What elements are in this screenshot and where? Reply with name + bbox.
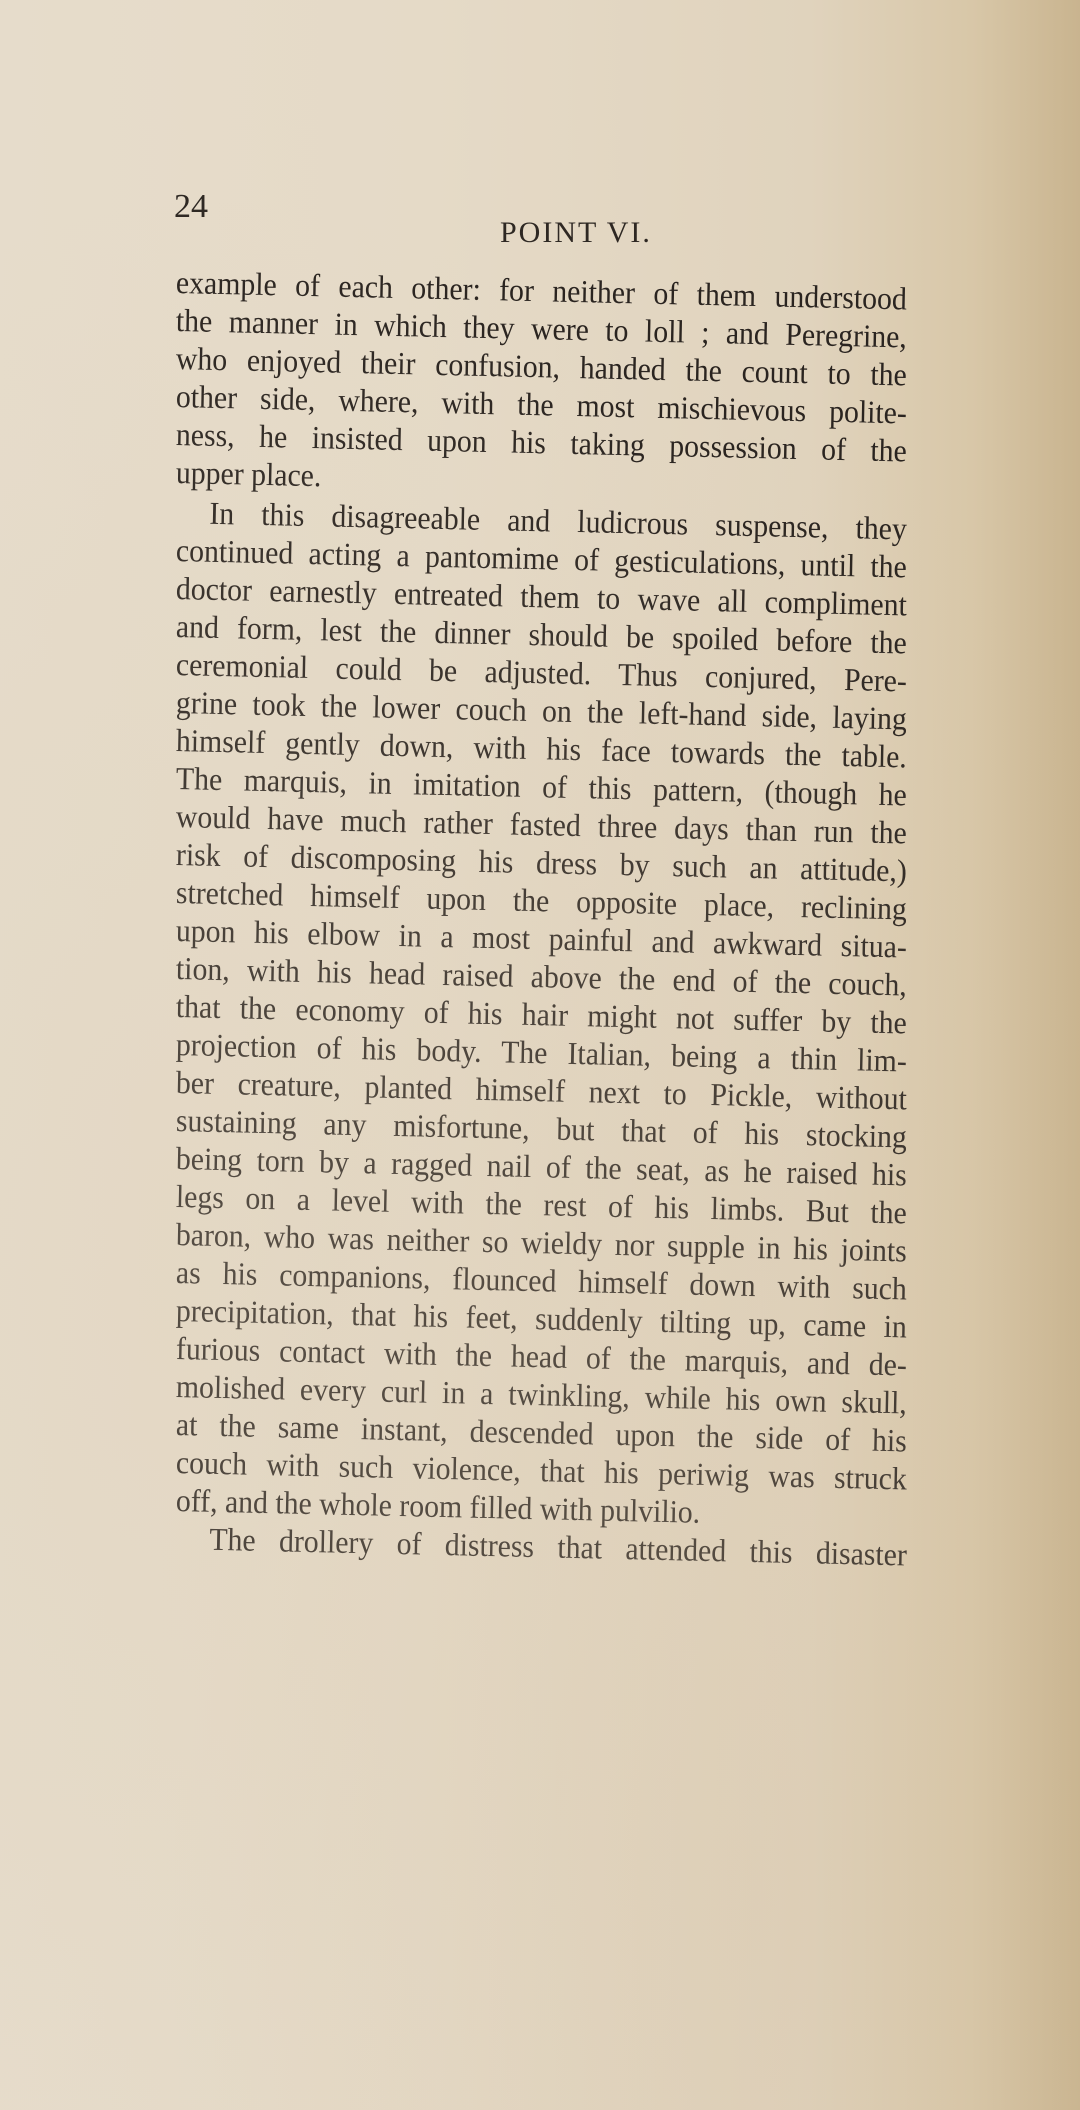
book-page: 24 POINT VI. example of each other: for … [0, 0, 1080, 2110]
page-number: 24 [174, 188, 208, 226]
running-head: POINT VI. [500, 216, 652, 250]
